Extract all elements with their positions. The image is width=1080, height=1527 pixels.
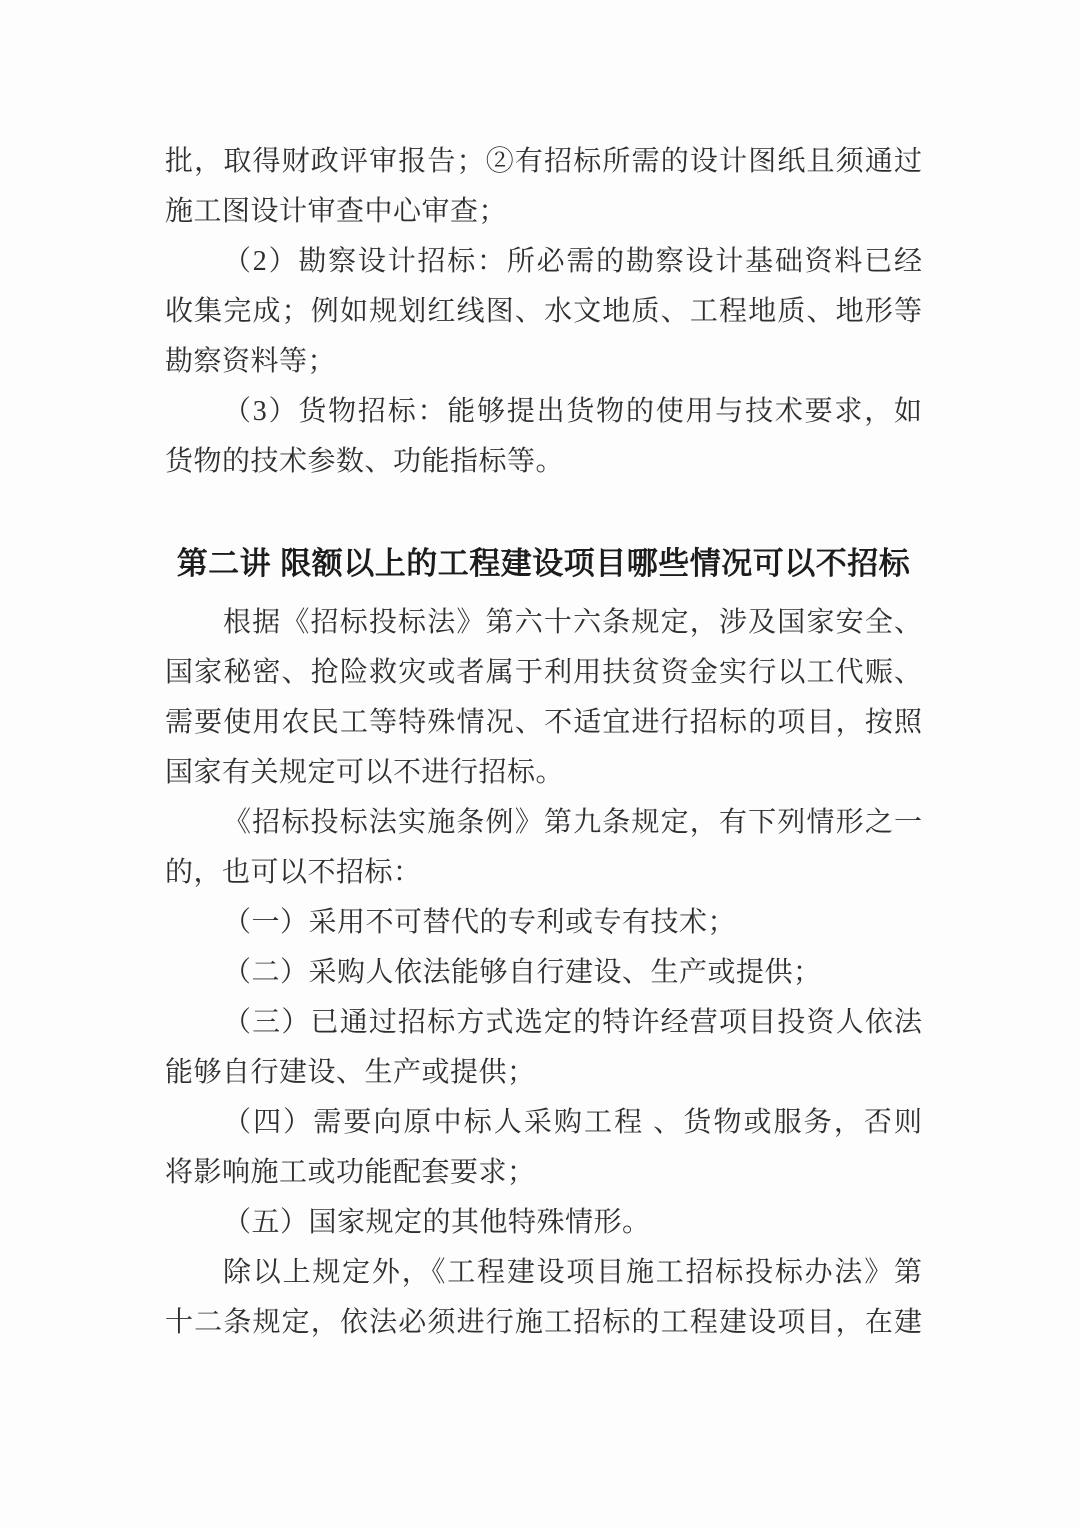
text-line: （2）勘察设计招标：所必需的勘察设计基础资料已经 <box>165 237 922 287</box>
section-heading: 第二讲 限额以上的工程建设项目哪些情况可以不招标 <box>165 539 922 589</box>
text-line: （一）采用不可替代的专利或专有技术； <box>165 898 922 948</box>
text-line: 收集完成；例如规划红线图、水文地质、工程地质、地形等 <box>165 287 922 337</box>
text-line: 货物的技术参数、功能指标等。 <box>165 437 922 487</box>
text-line: 《招标投标法实施条例》第九条规定，有下列情形之一 <box>165 798 922 848</box>
text-line: 勘察资料等； <box>165 337 922 387</box>
text-line: 批，取得财政评审报告；②有招标所需的设计图纸且须通过 <box>165 137 922 187</box>
page-content: 批，取得财政评审报告；②有招标所需的设计图纸且须通过 施工图设计审查中心审查； … <box>165 137 922 1348</box>
text-line: （3）货物招标：能够提出货物的使用与技术要求，如 <box>165 387 922 437</box>
text-line: 施工图设计审查中心审查； <box>165 187 922 237</box>
document-page: 批，取得财政评审报告；②有招标所需的设计图纸且须通过 施工图设计审查中心审查； … <box>0 0 1080 1527</box>
text-line: 国家秘密、抢险救灾或者属于利用扶贫资金实行以工代赈、 <box>165 648 922 698</box>
text-line: （二）采购人依法能够自行建设、生产或提供； <box>165 948 922 998</box>
text-line: （四）需要向原中标人采购工程 、货物或服务，否则 <box>165 1098 922 1148</box>
text-line: 除以上规定外，《工程建设项目施工招标投标办法》第 <box>165 1248 922 1298</box>
text-line: 十二条规定，依法必须进行施工招标的工程建设项目，在建 <box>165 1298 922 1348</box>
text-line: 的，也可以不招标： <box>165 848 922 898</box>
text-line: 国家有关规定可以不进行招标。 <box>165 748 922 798</box>
text-line: 将影响施工或功能配套要求； <box>165 1148 922 1198</box>
text-line: （五）国家规定的其他特殊情形。 <box>165 1198 922 1248</box>
text-line: 需要使用农民工等特殊情况、不适宜进行招标的项目，按照 <box>165 698 922 748</box>
text-line: 根据《招标投标法》第六十六条规定，涉及国家安全、 <box>165 598 922 648</box>
text-line: （三）已通过招标方式选定的特许经营项目投资人依法 <box>165 998 922 1048</box>
text-line: 能够自行建设、生产或提供； <box>165 1048 922 1098</box>
